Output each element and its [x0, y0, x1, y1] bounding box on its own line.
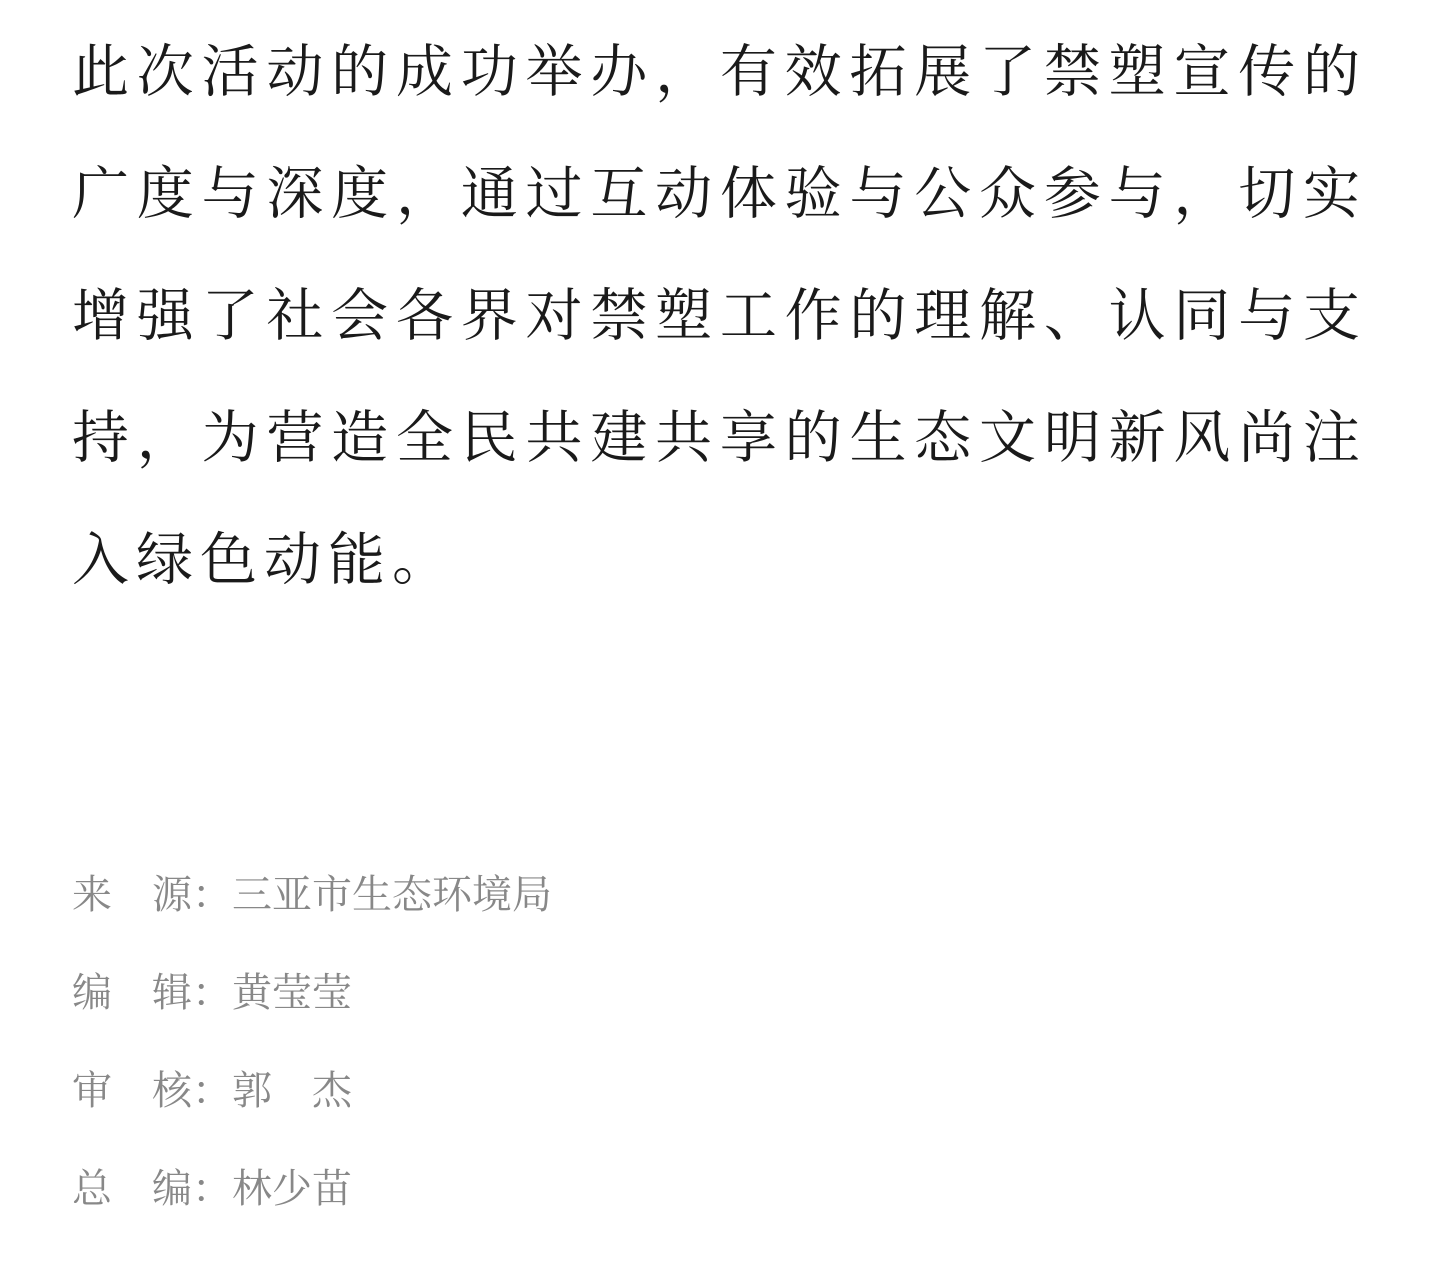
article-paragraph: 此次活动的成功举办，有效拓展了禁塑宣传的 广度与深度，通过互动体验与公众参与，切…	[72, 11, 1367, 621]
credits-block: 来 源：三亚市生态环境局 编 辑：黄莹莹 审 核：郭 杰 总 编：林少苗	[72, 846, 1367, 1238]
article-body: 此次活动的成功举办，有效拓展了禁塑宣传的 广度与深度，通过互动体验与公众参与，切…	[0, 0, 1439, 1238]
credit-label-chief-editor: 总 编：	[72, 1167, 232, 1211]
credit-label-source: 来 源：	[72, 873, 232, 917]
credit-value-chief-editor: 林少苗	[232, 1167, 352, 1211]
paragraph-line-1: 此次活动的成功举办，有效拓展了禁塑宣传的	[72, 11, 1367, 133]
credit-row-reviewer: 审 核：郭 杰	[72, 1042, 1367, 1140]
credit-label-editor: 编 辑：	[72, 971, 232, 1015]
credit-row-editor: 编 辑：黄莹莹	[72, 944, 1367, 1042]
credit-row-source: 来 源：三亚市生态环境局	[72, 846, 1367, 944]
credit-value-reviewer: 郭 杰	[232, 1069, 352, 1113]
credit-row-chief-editor: 总 编：林少苗	[72, 1140, 1367, 1238]
paragraph-line-2: 广度与深度，通过互动体验与公众参与，切实	[72, 133, 1367, 255]
paragraph-line-3: 增强了社会各界对禁塑工作的理解、认同与支	[72, 255, 1367, 377]
credit-value-source: 三亚市生态环境局	[232, 873, 552, 917]
article-page: 此次活动的成功举办，有效拓展了禁塑宣传的 广度与深度，通过互动体验与公众参与，切…	[0, 0, 1439, 1263]
credit-label-reviewer: 审 核：	[72, 1069, 232, 1113]
credit-value-editor: 黄莹莹	[232, 971, 352, 1015]
paragraph-line-5: 入绿色动能。	[72, 499, 1367, 621]
paragraph-line-4: 持，为营造全民共建共享的生态文明新风尚注	[72, 377, 1367, 499]
